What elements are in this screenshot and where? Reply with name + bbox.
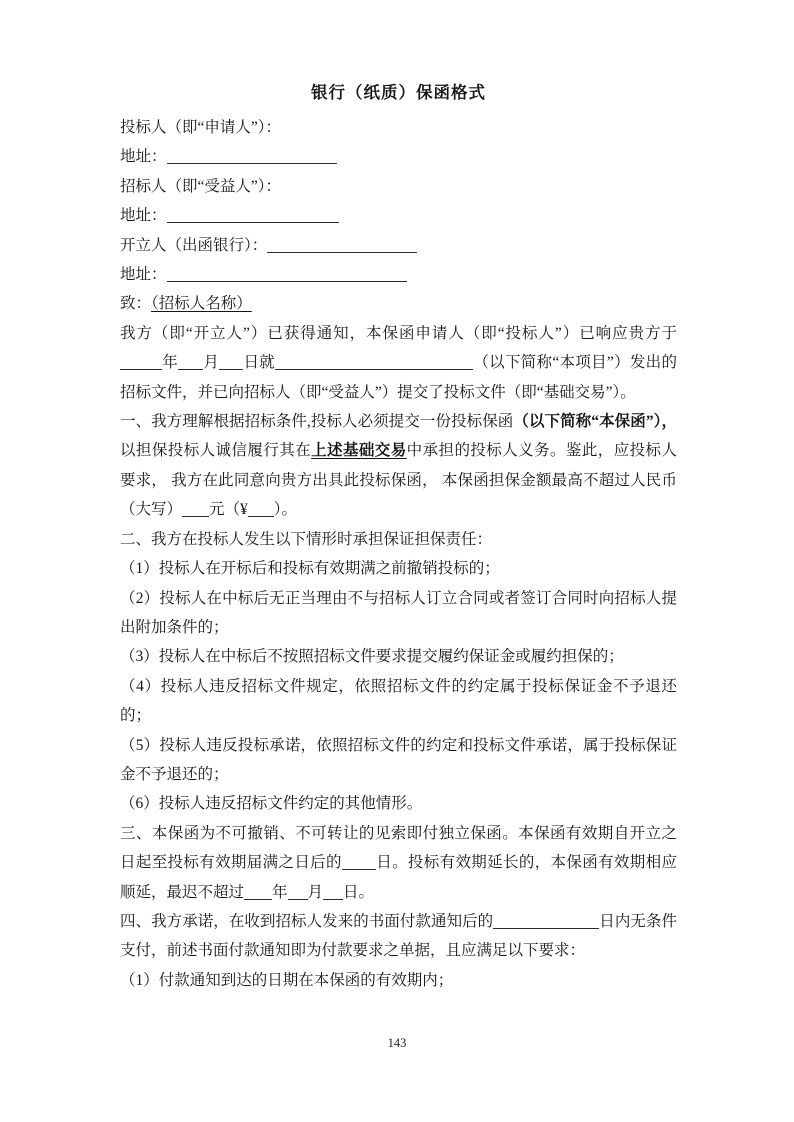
text-segment: （3）投标人在中标后不按照招标文件要求提交履约保证金或履约担保的；	[120, 648, 624, 665]
fill-in-blank	[219, 354, 243, 371]
text-segment: 月	[308, 884, 324, 901]
fill-in-blank	[323, 883, 343, 900]
fill-in-blank	[182, 501, 209, 518]
text-segment: 投标人（即“申请人”）：	[120, 119, 281, 136]
text-segment: 致：	[120, 295, 151, 312]
text-segment: （5）投标人违反投标承诺，依照招标文件的约定和投标文件承诺，属于投标保证金不予退…	[120, 737, 677, 783]
fill-in-blank	[267, 236, 417, 253]
document-title: 银行（纸质）保函格式	[120, 82, 677, 104]
text-segment: 一、我方理解根据招标条件,投标人必须提交一份投标保函	[120, 413, 513, 430]
issuer-address-line: 地址：	[120, 260, 677, 289]
text-segment: 地址：	[120, 148, 167, 165]
fill-in-blank	[275, 354, 473, 371]
clause-4: 四、我方承诺，在收到招标人发来的书面付款通知后的日内无条件支付，前述书面付款通知…	[120, 907, 677, 966]
clause-2-item-4: （4）投标人违反招标文件规定，依照招标文件的约定属于投标保证金不予退还的；	[120, 672, 677, 731]
intro-paragraph: 我方（即“开立人”）已获得通知，本保函申请人（即“投标人”）已响应贵方于年月日就…	[120, 319, 677, 407]
text-segment: （1）付款通知到达的日期在本保函的有效期内；	[120, 972, 453, 989]
clause-2-item-3: （3）投标人在中标后不按照招标文件要求提交履约保证金或履约担保的；	[120, 642, 677, 671]
fill-in-blank	[167, 148, 337, 165]
text-segment: （4）投标人违反招标文件规定，依照招标文件的约定属于投标保证金不予退还的；	[120, 678, 677, 724]
clause-2-item-2: （2）投标人在中标后无正当理由不与招标人订立合同或者签订合同时向招标人提出附加条…	[120, 584, 677, 643]
document-page: 银行（纸质）保函格式 投标人（即“申请人”）：地址：招标人（即“受益人”）：地址…	[0, 0, 794, 1122]
text-segment: 日。	[343, 884, 374, 901]
text-segment: （1）投标人在开标后和投标有效期满之前撤销投标的；	[120, 560, 500, 577]
text-segment: （2）投标人在中标后无正当理由不与招标人订立合同或者签订合同时向招标人提出附加条…	[120, 590, 677, 636]
clause-2: 二、我方在投标人发生以下情形时承担保证担保责任：	[120, 525, 677, 554]
tenderer-line: 招标人（即“受益人”）：	[120, 172, 677, 201]
bidder-address-line: 地址：	[120, 142, 677, 171]
fill-in-blank	[120, 354, 162, 371]
document-content: 银行（纸质）保函格式 投标人（即“申请人”）：地址：招标人（即“受益人”）：地址…	[120, 82, 677, 995]
fill-in-blank	[178, 354, 203, 371]
fill-in-blank	[342, 854, 376, 871]
text-segment: 元（¥	[209, 501, 248, 518]
clause-3: 三、本保函为不可撤销、不可转让的见索即付独立保函。本保函有效期自开立之日起至投标…	[120, 819, 677, 907]
text-segment: 开立人（出函银行）：	[120, 237, 267, 254]
addressee-line: 致：（招标人名称）	[120, 289, 677, 318]
text-segment: ）。	[274, 501, 297, 518]
fill-in-blank	[244, 883, 272, 900]
text-segment: 年	[272, 884, 288, 901]
text-segment: 月	[203, 354, 219, 371]
page-number: 143	[0, 1036, 794, 1051]
clause-2-item-1: （1）投标人在开标后和投标有效期满之前撤销投标的；	[120, 554, 677, 583]
clause-1: 一、我方理解根据招标条件,投标人必须提交一份投标保函（以下简称“本保函”），以担…	[120, 407, 677, 525]
fill-in-blank	[493, 912, 599, 929]
text-segment: 以担保投标人诚信履行其在	[120, 442, 311, 459]
clause-2-item-6: （6）投标人违反招标文件约定的其他情形。	[120, 789, 677, 818]
document-body: 投标人（即“申请人”）：地址：招标人（即“受益人”）：地址：开立人（出函银行）：…	[120, 113, 677, 995]
fill-in-blank	[167, 207, 339, 224]
text-segment: 上述基础交易	[311, 442, 407, 459]
text-segment: 四、我方承诺，在收到招标人发来的书面付款通知后的	[120, 913, 493, 930]
text-segment: （以下简称“本保函”），	[513, 413, 677, 430]
fill-in-blank	[167, 266, 407, 283]
tenderer-address-line: 地址：	[120, 201, 677, 230]
text-segment: （6）投标人违反招标文件约定的其他情形。	[120, 795, 422, 812]
clause-4-item-1: （1）付款通知到达的日期在本保函的有效期内；	[120, 966, 677, 995]
text-segment: 日就	[243, 354, 275, 371]
issuer-line: 开立人（出函银行）：	[120, 231, 677, 260]
text-segment: （招标人名称）	[151, 295, 252, 312]
text-segment: 二、我方在投标人发生以下情形时承担保证担保责任：	[120, 531, 492, 548]
fill-in-blank	[288, 883, 308, 900]
text-segment: 地址：	[120, 207, 167, 224]
fill-in-blank	[248, 501, 274, 518]
clause-2-item-5: （5）投标人违反投标承诺，依照招标文件的约定和投标文件承诺，属于投标保证金不予退…	[120, 731, 677, 790]
text-segment: 地址：	[120, 266, 167, 283]
text-segment: 年	[162, 354, 178, 371]
text-segment: 招标人（即“受益人”）：	[120, 178, 281, 195]
text-segment: 我方（即“开立人”）已获得通知，本保函申请人（即“投标人”）已响应贵方于	[120, 325, 677, 342]
bidder-line: 投标人（即“申请人”）：	[120, 113, 677, 142]
